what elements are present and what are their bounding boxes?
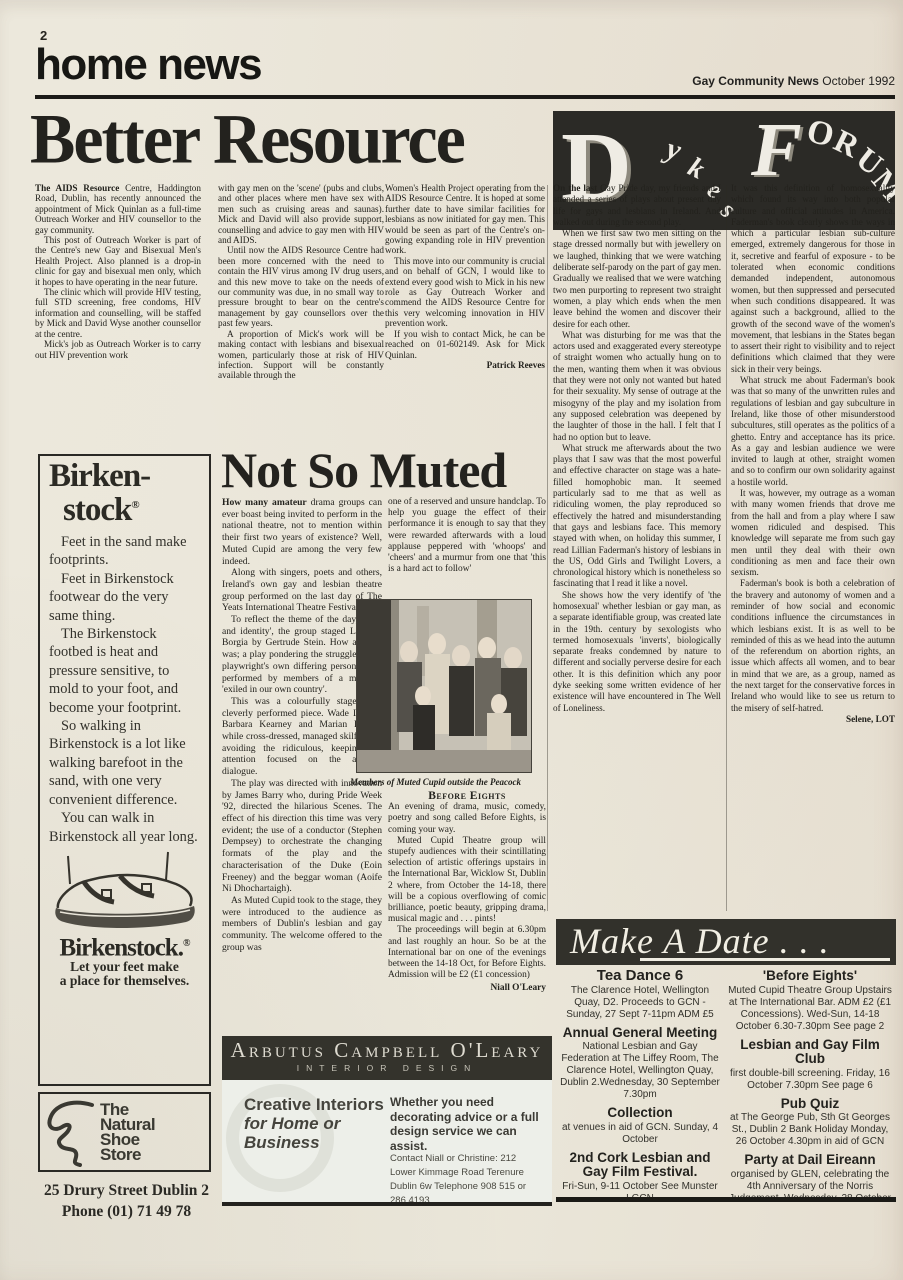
event-item: Pub Quiz at The George Pub, Sth Gt Georg… (726, 1097, 894, 1149)
paragraph: She shows how the very identify of 'the … (553, 590, 721, 714)
arbutus-ad-header: Arbutus Campbell O'Leary INTERIOR DESIGN (222, 1036, 552, 1080)
birkenstock-ad: Birken- stock® Feet in the sand make foo… (38, 454, 211, 1086)
paragraph: one of a reserved and unsure handclap. T… (388, 497, 546, 575)
paragraph: As Muted Cupid took to the stage, they w… (222, 895, 382, 954)
not-so-muted-column-2: Before Eights An evening of drama, music… (388, 791, 546, 1053)
event-item: Party at Dail Eireann organised by GLEN,… (726, 1153, 894, 1197)
paragraph: You can walk in Birkenstock all year lon… (49, 809, 200, 846)
event-item: Tea Dance 6 The Clarence Hotel, Wellingt… (559, 969, 721, 1021)
event-title: Party at Dail Eireann (726, 1153, 894, 1168)
natural-shoe-store-address: 25 Drury Street Dublin 2 Phone (01) 71 4… (24, 1180, 229, 1222)
better-resource-column-2: with gay men on the 'scene' (pubs and cl… (218, 183, 384, 441)
paragraph: When we first saw two men sitting on the… (553, 228, 721, 330)
not-so-muted-column-2-intro: one of a reserved and unsure handclap. T… (388, 497, 546, 599)
masthead: Gay Community News October 1992 (540, 74, 895, 88)
event-item: 'Before Eights' Muted Cupid Theatre Grou… (726, 969, 894, 1033)
muted-cupid-photo (356, 599, 532, 773)
birkenstock-ad-copy: Feet in the sand make footprints. Feet i… (49, 533, 200, 846)
paragraph: What struck me afterwards about the two … (553, 443, 721, 590)
paragraph: Faderman's book is both a celebration of… (731, 578, 895, 714)
dykes-logo-letter: k (683, 152, 710, 187)
address-line: 25 Drury Street Dublin 2 (24, 1180, 229, 1201)
masthead-name: Gay Community News (692, 74, 819, 88)
newspaper-page: 2 home news Gay Community News October 1… (0, 0, 903, 1280)
arbutus-pitch: Whether you need decorating advice or a … (390, 1095, 542, 1153)
column-rule (547, 185, 548, 911)
face-profile-icon (42, 1097, 100, 1167)
make-a-date-box: Make A Date . . . Tea Dance 6 The Claren… (556, 919, 896, 1197)
arbutus-contact: Contact Niall or Christine: 212 Lower Ki… (390, 1152, 542, 1202)
column-rule (726, 185, 727, 911)
make-a-date-events: Tea Dance 6 The Clarence Hotel, Wellingt… (556, 965, 896, 1197)
event-item: Collection at venues in aid of GCN. Sund… (559, 1106, 721, 1146)
paragraph: Feet in Birkenstock footwear do the very… (49, 570, 200, 625)
arbutus-ad-body: Creative Interiors for Home or Business … (222, 1080, 552, 1202)
event-details: Muted Cupid Theatre Group Upstairs at Th… (726, 985, 894, 1033)
paragraph: It was, however, my outrage as a woman w… (731, 488, 895, 578)
dykes-forum-column-2: It was this definition of homosexuality … (731, 183, 895, 915)
paragraph: The play was directed with innovation by… (222, 778, 382, 895)
event-item: 2nd Cork Lesbian and Gay Film Festival. … (559, 1151, 721, 1198)
event-details: first double-bill screening. Friday, 16 … (726, 1068, 894, 1092)
dykes-logo-letter: F (751, 111, 802, 194)
title-underline (640, 958, 890, 961)
events-column-right: 'Before Eights' Muted Cupid Theatre Grou… (724, 969, 896, 1197)
lead-in: How many amateur (222, 497, 307, 508)
lead-in: The AIDS Resource (35, 183, 119, 193)
paragraph: A proportion of Mick's work will be maki… (218, 329, 384, 381)
event-title: Pub Quiz (726, 1097, 894, 1112)
birkenstock-logo-line2: stock® (49, 491, 200, 525)
event-title: Tea Dance 6 (559, 969, 721, 984)
headline-better-resource: Better Resource (30, 98, 464, 180)
phone-line: Phone (01) 71 49 78 (24, 1201, 229, 1222)
registered-mark: ® (183, 938, 189, 949)
dykes-forum-column-1: On the last Gay Pride day, my friends an… (553, 183, 721, 915)
event-title: Annual General Meeting (559, 1026, 721, 1041)
masthead-date: October 1992 (822, 74, 895, 88)
paragraph: with gay men on the 'scene' (pubs and cl… (218, 183, 384, 245)
arbutus-heading: Creative Interiors for Home or Business (244, 1095, 384, 1152)
paragraph: Mick's job as Outreach Worker is to carr… (35, 339, 201, 360)
events-column-left: Tea Dance 6 The Clarence Hotel, Wellingt… (556, 969, 724, 1197)
paragraph: An evening of drama, music, comedy, poet… (388, 802, 546, 836)
event-title: 'Before Eights' (726, 969, 894, 984)
paragraph: Muted Cupid Theatre group will stupefy a… (388, 836, 546, 926)
event-details: at venues in aid of GCN. Sunday, 4 Octob… (559, 1122, 721, 1146)
photo-caption: Members of Muted Cupid outside the Peaco… (350, 777, 536, 787)
event-details: The Clarence Hotel, Wellington Quay, D2.… (559, 985, 721, 1021)
paragraph: So walking in Birkenstock is a lot like … (49, 717, 200, 809)
birkenstock-sandal-illustration (50, 850, 200, 932)
better-resource-column-3: Women's Health Project operating from th… (385, 183, 545, 441)
paragraph: The Birkenstock footbed is heat and pres… (49, 625, 200, 717)
paragraph: This post of Outreach Worker is part of … (35, 235, 201, 287)
arbutus-subtitle: INTERIOR DESIGN (222, 1063, 552, 1073)
event-title: Collection (559, 1106, 721, 1121)
headline-not-so-muted: Not So Muted (221, 441, 506, 499)
paragraph: The clinic which will provide HIV testin… (35, 287, 201, 339)
arbutus-ad: Arbutus Campbell O'Leary INTERIOR DESIGN… (222, 1036, 552, 1206)
birkenstock-slogan: Let your feet make a place for themselve… (49, 960, 200, 988)
make-a-date-header: Make A Date . . . (556, 919, 896, 965)
birkenstock-footer-logo: Birkenstock.® (49, 932, 200, 960)
event-title: 2nd Cork Lesbian and Gay Film Festival. (559, 1151, 721, 1180)
paragraph: It was this definition of homosexuality … (731, 183, 895, 375)
event-details: at The George Pub, Sth Gt Georges St., D… (726, 1112, 894, 1148)
section-title: home news (35, 40, 261, 90)
natural-shoe-store-ad: The Natural Shoe Store (38, 1092, 211, 1172)
better-resource-column-1: The AIDS Resource Centre, Haddington Roa… (35, 183, 201, 441)
byline: Patrick Reeves (385, 360, 545, 370)
birkenstock-logo: Birken- stock® (49, 462, 200, 525)
registered-mark: ® (131, 499, 138, 511)
photo-illustration (357, 600, 532, 773)
event-details: National Lesbian and Gay Federation at T… (559, 1041, 721, 1101)
paragraph: If you wish to contact Mick, he can be r… (385, 329, 545, 360)
paragraph: Feet in the sand make footprints. (49, 533, 200, 570)
paragraph: What was disturbing for me was that the … (553, 330, 721, 443)
event-item: Lesbian and Gay Film Club first double-b… (726, 1038, 894, 1092)
paragraph: The proceedings will begin at 6.30pm and… (388, 925, 546, 981)
make-a-date-bottom-rule (556, 1197, 896, 1202)
natural-shoe-store-logo: The Natural Shoe Store (100, 1102, 155, 1162)
paragraph: What struck me about Faderman's book was… (731, 375, 895, 488)
not-so-muted-column-1: How many amateur drama groups can ever b… (222, 497, 382, 1053)
make-a-date-title: Make A Date . . . (556, 919, 896, 962)
event-details: organised by GLEN, celebrating the 4th A… (726, 1169, 894, 1198)
byline: Niall O'Leary (388, 983, 546, 994)
arbutus-name: Arbutus Campbell O'Leary (222, 1037, 552, 1063)
paragraph: Women's Health Project operating from th… (385, 183, 545, 256)
event-item: Annual General Meeting National Lesbian … (559, 1026, 721, 1102)
event-details: Fri-Sun, 9-11 October See Munster LGCN (559, 1181, 721, 1198)
subhead-before-eights: Before Eights (388, 791, 546, 802)
paragraph: This move into our community is crucial … (385, 256, 545, 329)
event-title: Lesbian and Gay Film Club (726, 1038, 894, 1067)
dykes-logo-letter: y (663, 132, 685, 168)
paragraph: Until now the AIDS Resource Centre had b… (218, 245, 384, 328)
lead-in: On the last (553, 183, 597, 193)
byline: Selene, LOT (731, 714, 895, 725)
birkenstock-logo-line1: Birken- (49, 462, 200, 491)
